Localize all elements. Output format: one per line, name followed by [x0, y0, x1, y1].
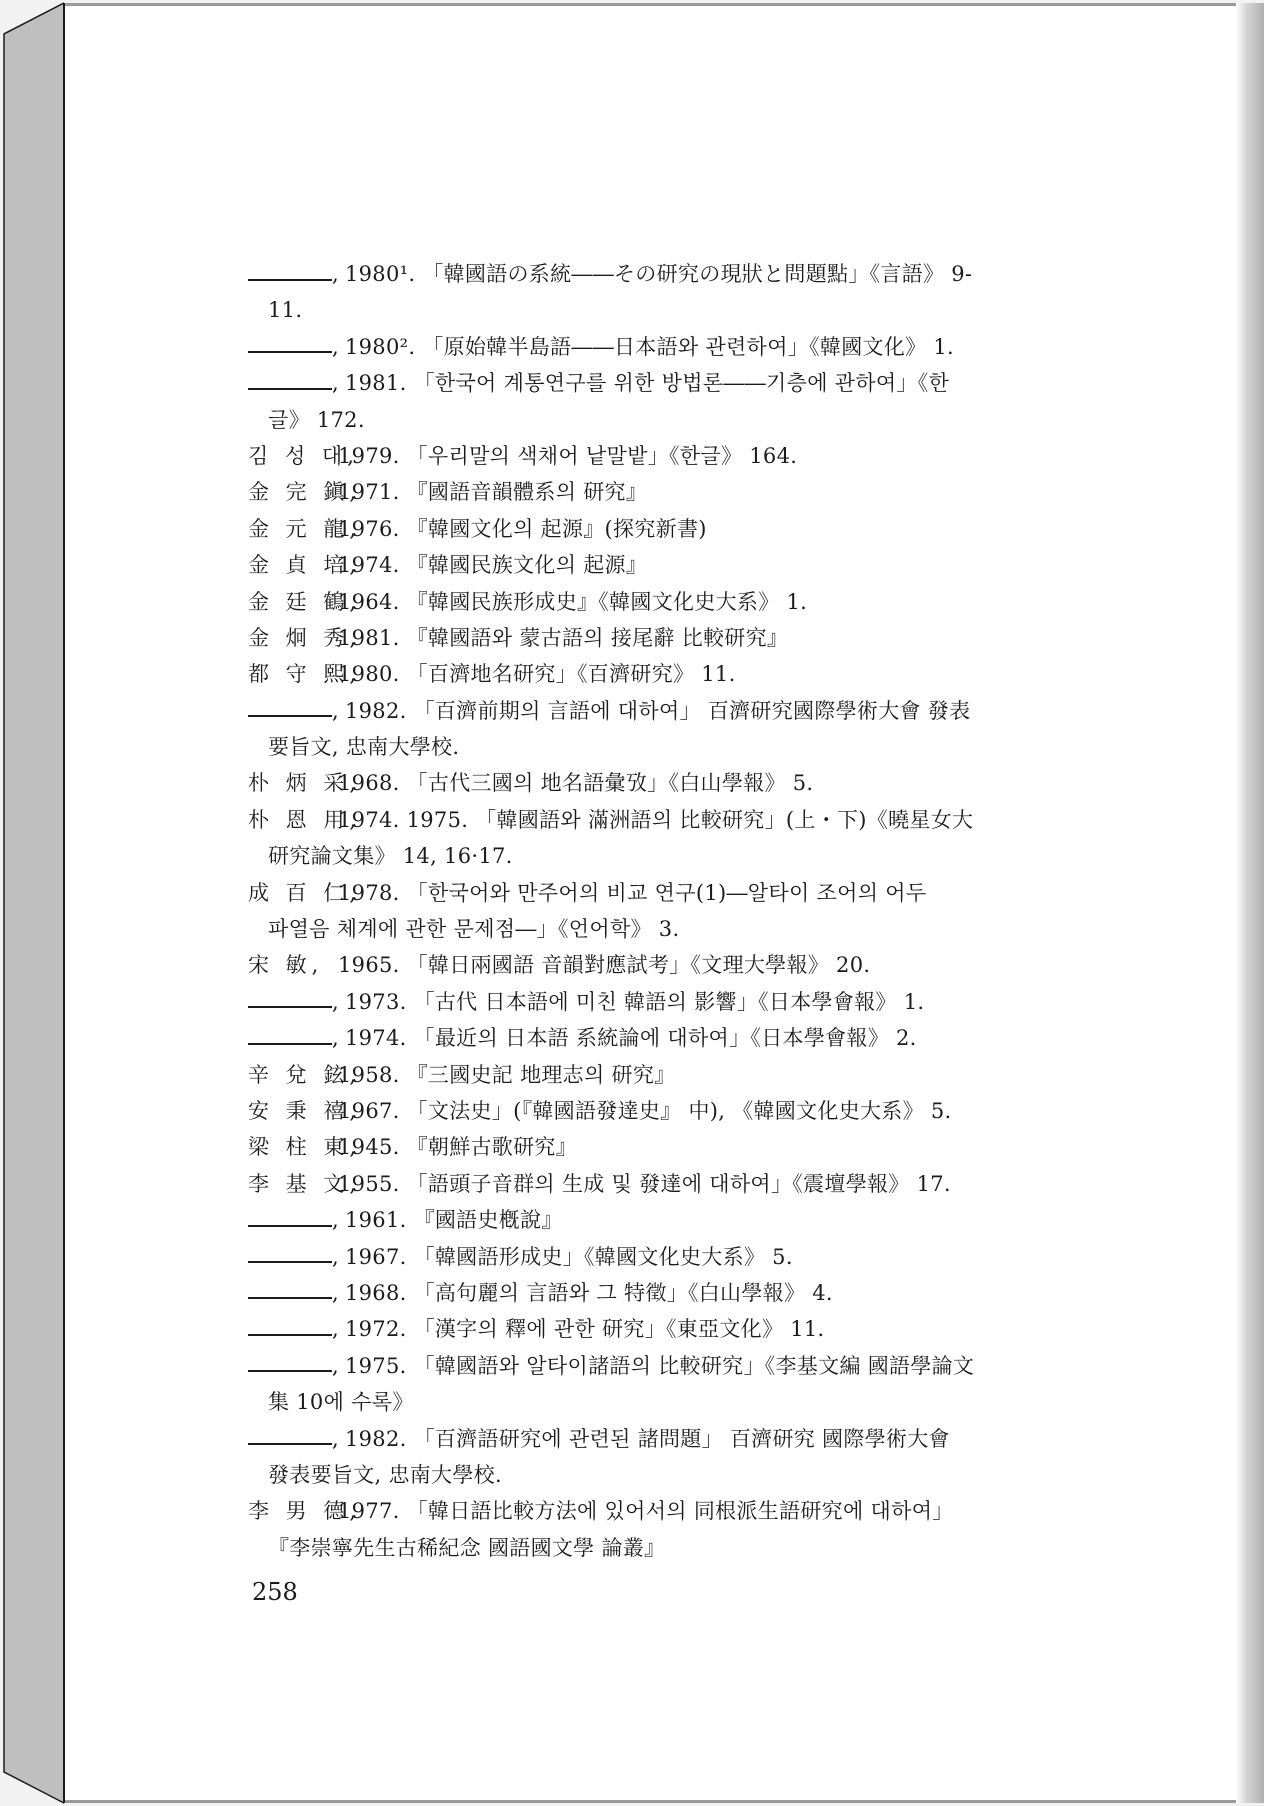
bibliography-entry: 金 炯 秀,1981. 『韓國語와 蒙古語의 接尾辭 比較研究』 — [248, 620, 1058, 656]
entry-line: 宋 敏,1965. 「韓日兩國語 音韻對應試考」《文理大學報》 20. — [248, 947, 1058, 983]
entry-text: 1973. 「古代 日本語에 미친 韓語의 影響」《日本學會報》 1. — [345, 990, 924, 1014]
bibliography-entry: ,1975. 「韓國語와 알타이諸語의 比較研究」《李基文編 國語學論文集 10… — [248, 1348, 1058, 1421]
entry-line: 辛 兌 鉉,1958. 『三國史記 地理志의 研究』 — [248, 1057, 1058, 1093]
entry-author: 金 元 龍, — [248, 511, 332, 547]
bibliography-entry: ,1972. 「漢字의 釋에 관한 研究」《東亞文化》 11. — [248, 1311, 1058, 1347]
bibliography-entry: 朴 炳 采,1968. 「古代三國의 地名語彙攷」《白山學報》 5. — [248, 765, 1058, 801]
entry-author: 朴 炳 采, — [248, 765, 332, 801]
entry-author: 李 基 文, — [248, 1166, 332, 1202]
entry-continuation-line: 集 10에 수록》 — [248, 1384, 1058, 1420]
entry-text: 1977. 「韓日語比較方法에 있어서의 同根派生語研究에 대하여」 — [338, 1499, 954, 1523]
entry-line: ,1973. 「古代 日本語에 미친 韓語의 影響」《日本學會報》 1. — [248, 984, 1058, 1020]
bibliography-entry: 辛 兌 鉉,1958. 『三國史記 地理志의 研究』 — [248, 1057, 1058, 1093]
entry-line: 成 百 仁,1978. 「한국어와 만주어의 비교 연구(1)―알타이 조어의 … — [248, 875, 1058, 911]
entry-line: 金 貞 培,1974. 『韓國民族文化의 起源』 — [248, 547, 1058, 583]
entry-author: 都 守 熙, — [248, 656, 332, 692]
entry-line: ,1981. 「한국어 계통연구를 위한 방법론――기층에 관하여」《한 — [248, 365, 1058, 401]
entry-text: 1967. 「文法史」(『韓國語發達史』 中), 《韓國文化史大系》 5. — [338, 1099, 952, 1123]
entry-text: 1971. 『國語音韻體系의 研究』 — [338, 480, 647, 504]
bibliography-entry: ,1982. 「百濟前期의 言語에 대하여」 百濟研究國際學術大會 發表要旨文,… — [248, 693, 1058, 766]
entry-text: 1964. 『韓國民族形成史』《韓國文化史大系》 1. — [338, 590, 807, 614]
entry-line: 李 基 文,1955. 「語頭子音群의 生成 및 發達에 대하여」《震壇學報》 … — [248, 1166, 1058, 1202]
bibliography-entry: 都 守 熙,1980. 「百濟地名研究」《百濟研究》 11. — [248, 656, 1058, 692]
entry-text: 集 10에 수록》 — [268, 1390, 414, 1414]
entry-author: 金 完 鎭, — [248, 474, 332, 510]
comma: , — [332, 1427, 339, 1451]
entry-text: 1978. 「한국어와 만주어의 비교 연구(1)―알타이 조어의 어두 — [338, 881, 926, 905]
entry-line: 都 守 熙,1980. 「百濟地名研究」《百濟研究》 11. — [248, 656, 1058, 692]
same-author-dash — [248, 1297, 332, 1299]
entry-continuation-line: 研究論文集》 14, 16·17. — [248, 838, 1058, 874]
entry-continuation-line: 發表要旨文, 忠南大學校. — [248, 1457, 1058, 1493]
same-author-dash — [248, 279, 332, 281]
bibliography-entry: ,1974. 「最近의 日本語 系統論에 대하여」《日本學會報》 2. — [248, 1020, 1058, 1056]
same-author-dash — [248, 1225, 332, 1227]
entry-author: 李 男 德, — [248, 1493, 332, 1529]
entry-text: 1972. 「漢字의 釋에 관한 研究」《東亞文化》 11. — [345, 1317, 825, 1341]
comma: , — [332, 1026, 339, 1050]
entry-line: ,1980². 「原始韓半島語――日本語와 관련하여」《韓國文化》 1. — [248, 329, 1058, 365]
entry-line: ,1972. 「漢字의 釋에 관한 研究」《東亞文化》 11. — [248, 1311, 1058, 1347]
comma: , — [332, 699, 339, 723]
entry-line: 金 完 鎭,1971. 『國語音韻體系의 研究』 — [248, 474, 1058, 510]
entry-author: 辛 兌 鉉, — [248, 1057, 332, 1093]
entry-text: 1982. 「百濟前期의 言語에 대하여」 百濟研究國際學術大會 發表 — [345, 699, 970, 723]
entry-line: ,1968. 「高句麗의 言語와 그 特徵」《白山學報》 4. — [248, 1275, 1058, 1311]
entry-continuation-line: 『李崇寧先生古稀紀念 國語國文學 論叢』 — [248, 1530, 1058, 1566]
comma: , — [332, 335, 339, 359]
same-author-dash — [248, 715, 332, 717]
bibliography-entry: 金 貞 培,1974. 『韓國民族文化의 起源』 — [248, 547, 1058, 583]
entry-line: 安 秉 禧,1967. 「文法史」(『韓國語發達史』 中), 《韓國文化史大系》… — [248, 1093, 1058, 1129]
entry-author: 成 百 仁, — [248, 875, 332, 911]
same-author-dash — [248, 1370, 332, 1372]
bibliography-entry: ,1968. 「高句麗의 言語와 그 特徵」《白山學報》 4. — [248, 1275, 1058, 1311]
entry-line: ,1974. 「最近의 日本語 系統論에 대하여」《日本學會報》 2. — [248, 1020, 1058, 1056]
bibliography-entry: ,1973. 「古代 日本語에 미친 韓語의 影響」《日本學會報》 1. — [248, 984, 1058, 1020]
same-author-dash — [248, 1043, 332, 1045]
entry-line: ,1961. 『國語史槪說』 — [248, 1202, 1058, 1238]
entry-text: 1974. 1975. 「韓國語와 滿洲語의 比較研究」(上・下)《曉星女大 — [338, 808, 973, 832]
comma: , — [332, 262, 339, 286]
entry-continuation-line: 파열음 체계에 관한 문제점―」《언어학》 3. — [248, 911, 1058, 947]
entry-continuation-line: 11. — [248, 292, 1058, 328]
entry-line: ,1982. 「百濟前期의 言語에 대하여」 百濟研究國際學術大會 發表 — [248, 693, 1058, 729]
entry-text: 1958. 『三國史記 地理志의 研究』 — [338, 1063, 675, 1087]
same-author-dash — [248, 1443, 332, 1445]
bibliography-entry: 朴 恩 用,1974. 1975. 「韓國語와 滿洲語의 比較研究」(上・下)《… — [248, 802, 1058, 875]
entry-text: 1968. 「古代三國의 地名語彙攷」《白山學報》 5. — [338, 771, 813, 795]
entry-line: ,1975. 「韓國語와 알타이諸語의 比較研究」《李基文編 國語學論文 — [248, 1348, 1058, 1384]
page-number: 258 — [252, 1578, 298, 1606]
comma: , — [332, 1317, 339, 1341]
entry-text: 要旨文, 忠南大學校. — [268, 735, 459, 759]
entry-author: 朴 恩 用, — [248, 802, 332, 838]
bibliography-entry: ,1981. 「한국어 계통연구를 위한 방법론――기층에 관하여」《한글》 1… — [248, 365, 1058, 438]
entry-text: 1974. 「最近의 日本語 系統論에 대하여」《日本學會報》 2. — [345, 1026, 917, 1050]
book-mockup: ,1980¹. 「韓國語の系統――その研究の現狀と問題點」《言語》 9-11.,… — [0, 0, 1264, 1806]
entry-text: 『李崇寧先生古稀紀念 國語國文學 論叢』 — [268, 1536, 665, 1560]
bibliography-list: ,1980¹. 「韓國語の系統――その研究の現狀と問題點」《言語》 9-11.,… — [248, 256, 1058, 1566]
entry-author: 宋 敏, — [248, 947, 332, 983]
bibliography-entry: 宋 敏,1965. 「韓日兩國語 音韻對應試考」《文理大學報》 20. — [248, 947, 1058, 983]
comma: , — [332, 1281, 339, 1305]
entry-line: 朴 炳 采,1968. 「古代三國의 地名語彙攷」《白山學報》 5. — [248, 765, 1058, 801]
entry-author: 安 秉 禧, — [248, 1093, 332, 1129]
entry-text: 11. — [268, 298, 302, 322]
entry-author: 金 貞 培, — [248, 547, 332, 583]
comma: , — [332, 1208, 339, 1232]
entry-text: 1965. 「韓日兩國語 音韻對應試考」《文理大學報》 20. — [338, 953, 870, 977]
entry-text: 파열음 체계에 관한 문제점―」《언어학》 3. — [268, 917, 679, 941]
entry-text: 1974. 『韓國民族文化의 起源』 — [338, 553, 647, 577]
comma: , — [332, 1245, 339, 1269]
entry-text: 1982. 「百濟語研究에 관련된 諸問題」 百濟研究 國際學術大會 — [345, 1427, 950, 1451]
entry-continuation-line: 要旨文, 忠南大學校. — [248, 729, 1058, 765]
book-spine-outline — [0, 0, 70, 1806]
entry-text: 1981. 「한국어 계통연구를 위한 방법론――기층에 관하여」《한 — [345, 371, 949, 395]
comma: , — [332, 1354, 339, 1378]
bibliography-entry: ,1982. 「百濟語研究에 관련된 諸問題」 百濟研究 國際學術大會發表要旨文… — [248, 1421, 1058, 1494]
entry-author: 김 성 대, — [248, 438, 332, 474]
entry-line: 金 炯 秀,1981. 『韓國語와 蒙古語의 接尾辭 比較研究』 — [248, 620, 1058, 656]
bibliography-entry: 金 元 龍,1976. 『韓國文化의 起源』(探究新書) — [248, 511, 1058, 547]
entry-text: 1967. 「韓國語形成史」《韓國文化史大系》 5. — [345, 1245, 793, 1269]
entry-text: 1979. 「우리말의 색채어 낱말밭」《한글》 164. — [338, 444, 797, 468]
same-author-dash — [248, 1006, 332, 1008]
entry-line: ,1980¹. 「韓國語の系統――その研究の現狀と問題點」《言語》 9- — [248, 256, 1058, 292]
entry-text: 1976. 『韓國文化의 起源』(探究新書) — [338, 517, 707, 541]
entry-author: 梁 柱 東, — [248, 1129, 332, 1165]
entry-line: 金 元 龍,1976. 『韓國文化의 起源』(探究新書) — [248, 511, 1058, 547]
entry-text: 1980¹. 「韓國語の系統――その研究の現狀と問題點」《言語》 9- — [345, 262, 972, 286]
same-author-dash — [248, 1261, 332, 1263]
entry-text: 글》 172. — [268, 408, 365, 432]
bibliography-entry: ,1980¹. 「韓國語の系統――その研究の現狀と問題點」《言語》 9-11. — [248, 256, 1058, 329]
comma: , — [332, 371, 339, 395]
entry-line: 李 男 德,1977. 「韓日語比較方法에 있어서의 同根派生語研究에 대하여」 — [248, 1493, 1058, 1529]
bibliography-entry: 金 廷 鶴,1964. 『韓國民族形成史』《韓國文化史大系》 1. — [248, 584, 1058, 620]
bibliography-entry: ,1961. 『國語史槪說』 — [248, 1202, 1058, 1238]
entry-line: 김 성 대,1979. 「우리말의 색채어 낱말밭」《한글》 164. — [248, 438, 1058, 474]
entry-text: 1980. 「百濟地名研究」《百濟研究》 11. — [338, 662, 736, 686]
entry-text: 1961. 『國語史槪說』 — [345, 1208, 563, 1232]
entry-text: 研究論文集》 14, 16·17. — [268, 844, 513, 868]
entry-text: 1955. 「語頭子音群의 生成 및 發達에 대하여」《震壇學報》 17. — [338, 1172, 951, 1196]
bibliography-entry: ,1967. 「韓國語形成史」《韓國文化史大系》 5. — [248, 1239, 1058, 1275]
entry-text: 1980². 「原始韓半島語――日本語와 관련하여」《韓國文化》 1. — [345, 335, 954, 359]
bibliography-entry: 梁 柱 東,1945. 『朝鮮古歌研究』 — [248, 1129, 1058, 1165]
comma: , — [332, 990, 339, 1014]
entry-line: 梁 柱 東,1945. 『朝鮮古歌研究』 — [248, 1129, 1058, 1165]
entry-line: 朴 恩 用,1974. 1975. 「韓國語와 滿洲語의 比較研究」(上・下)《… — [248, 802, 1058, 838]
same-author-dash — [248, 1334, 332, 1336]
bibliography-entry: 金 完 鎭,1971. 『國語音韻體系의 研究』 — [248, 474, 1058, 510]
entry-line: ,1982. 「百濟語研究에 관련된 諸問題」 百濟研究 國際學術大會 — [248, 1421, 1058, 1457]
entry-text: 1981. 『韓國語와 蒙古語의 接尾辭 比較研究』 — [338, 626, 788, 650]
same-author-dash — [248, 351, 332, 353]
bibliography-entry: 成 百 仁,1978. 「한국어와 만주어의 비교 연구(1)―알타이 조어의 … — [248, 875, 1058, 948]
bibliography-entry: 李 基 文,1955. 「語頭子音群의 生成 및 發達에 대하여」《震壇學報》 … — [248, 1166, 1058, 1202]
bibliography-entry: 李 男 德,1977. 「韓日語比較方法에 있어서의 同根派生語研究에 대하여」… — [248, 1493, 1058, 1566]
entry-text: 發表要旨文, 忠南大學校. — [268, 1463, 502, 1487]
entry-continuation-line: 글》 172. — [248, 402, 1058, 438]
entry-author: 金 廷 鶴, — [248, 584, 332, 620]
entry-line: ,1967. 「韓國語形成史」《韓國文化史大系》 5. — [248, 1239, 1058, 1275]
bibliography-entry: 김 성 대,1979. 「우리말의 색채어 낱말밭」《한글》 164. — [248, 438, 1058, 474]
entry-author: 金 炯 秀, — [248, 620, 332, 656]
entry-text: 1968. 「高句麗의 言語와 그 特徵」《白山學報》 4. — [345, 1281, 833, 1305]
page-edge-shadow — [1236, 3, 1264, 1803]
entry-line: 金 廷 鶴,1964. 『韓國民族形成史』《韓國文化史大系》 1. — [248, 584, 1058, 620]
same-author-dash — [248, 388, 332, 390]
entry-text: 1945. 『朝鮮古歌研究』 — [338, 1135, 577, 1159]
entry-text: 1975. 「韓國語와 알타이諸語의 比較研究」《李基文編 國語學論文 — [345, 1354, 974, 1378]
bibliography-entry: 安 秉 禧,1967. 「文法史」(『韓國語發達史』 中), 《韓國文化史大系》… — [248, 1093, 1058, 1129]
bibliography-entry: ,1980². 「原始韓半島語――日本語와 관련하여」《韓國文化》 1. — [248, 329, 1058, 365]
